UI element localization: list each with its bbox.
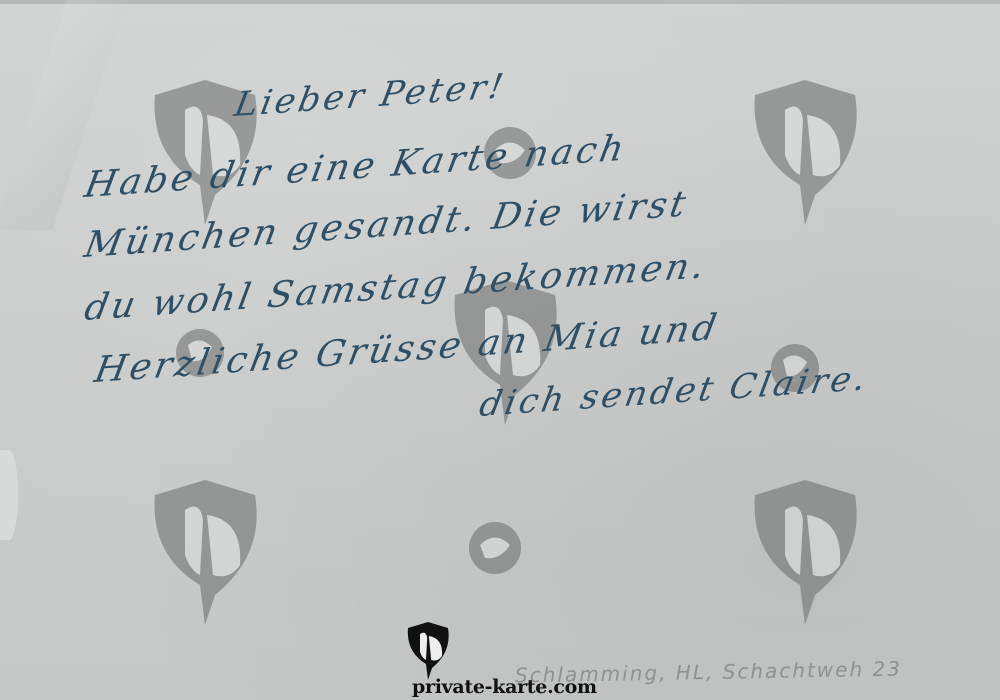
postcard-back: Lieber Peter! Habe dir eine Karte nach M… <box>0 0 1000 700</box>
site-logo-icon <box>398 620 458 680</box>
watermark-logo-icon <box>745 75 865 225</box>
paper-top-edge <box>0 0 1000 4</box>
site-watermark: private-karte.com <box>398 620 608 700</box>
watermark-logo-icon <box>145 475 265 625</box>
greeting-line: Lieber Peter! <box>231 66 509 125</box>
site-name: private-karte.com <box>412 676 597 698</box>
watermark-small-icon <box>465 510 525 580</box>
watermark-logo-icon <box>745 475 865 625</box>
paper-tear <box>0 450 18 540</box>
